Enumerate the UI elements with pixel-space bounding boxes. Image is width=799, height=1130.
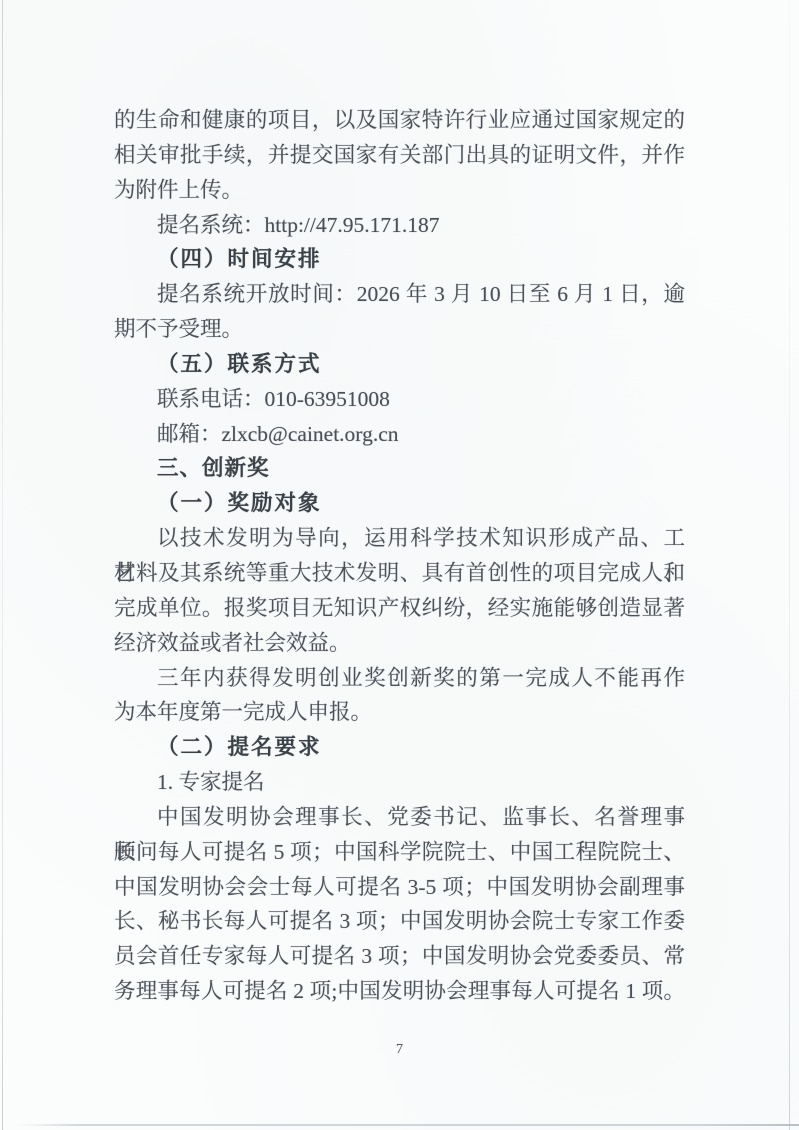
paragraph-line: 提名系统开放时间：2026 年 3 月 10 日至 6 月 1 日，逾 [114, 277, 685, 312]
contact-phone-line: 联系电话：010-63951008 [114, 382, 685, 417]
subheading-expert-nomination: 1. 专家提名 [114, 765, 685, 800]
paragraph-line: 完成单位。报奖项目无知识产权纠纷，经实施能够创造显著 [114, 591, 685, 626]
page-number: 7 [0, 1042, 799, 1058]
paragraph-line: 中国发明协会会士每人可提名 3-5 项；中国发明协会副理事 [114, 870, 685, 905]
heading-innovation-award: 三、创新奖 [114, 451, 685, 486]
paragraph-line: 务理事每人可提名 2 项;中国发明协会理事每人可提名 1 项。 [114, 974, 685, 1009]
paragraph-line: 中国发明协会理事长、党委书记、监事长、名誉理事长、 [114, 800, 685, 835]
paragraph-line: 为本年度第一完成人申报。 [114, 695, 685, 730]
paragraph-line: 经济效益或者社会效益。 [114, 626, 685, 661]
paragraph-line: 的生命和健康的项目，以及国家特许行业应通过国家规定的 [114, 103, 685, 138]
scan-edge-bottom [18, 1124, 799, 1126]
scan-edge-right [789, 0, 790, 1130]
document-body: 的生命和健康的项目，以及国家特许行业应通过国家规定的 相关审批手续，并提交国家有… [114, 103, 685, 1009]
paragraph-line: 长、秘书长每人可提名 3 项；中国发明协会院士专家工作委 [114, 904, 685, 939]
heading-nomination-requirements: （二）提名要求 [114, 730, 685, 765]
paragraph-line: 以技术发明为导向，运用科学技术知识形成产品、工艺、 [114, 521, 685, 556]
heading-award-targets: （一）奖励对象 [114, 486, 685, 521]
scan-edge-left [2, 0, 3, 1130]
paragraph-line: 员会首任专家每人可提名 3 项；中国发明协会党委委员、常 [114, 939, 685, 974]
document-page: 的生命和健康的项目，以及国家特许行业应通过国家规定的 相关审批手续，并提交国家有… [0, 0, 799, 1130]
paragraph-line: 三年内获得发明创业奖创新奖的第一完成人不能再作 [114, 661, 685, 696]
paragraph-line: 相关审批手续，并提交国家有关部门出具的证明文件，并作 [114, 138, 685, 173]
paragraph-line: 顾问每人可提名 5 项；中国科学院院士、中国工程院院士、 [114, 835, 685, 870]
paragraph-line: 期不予受理。 [114, 312, 685, 347]
paragraph-line: 为附件上传。 [114, 173, 685, 208]
nomination-system-url-line: 提名系统：http://47.95.171.187 [114, 208, 685, 243]
heading-time-schedule: （四）时间安排 [114, 242, 685, 277]
paragraph-line: 材料及其系统等重大技术发明、具有首创性的项目完成人和 [114, 556, 685, 591]
contact-email-line: 邮箱：zlxcb@cainet.org.cn [114, 417, 685, 452]
heading-contact-info: （五）联系方式 [114, 347, 685, 382]
